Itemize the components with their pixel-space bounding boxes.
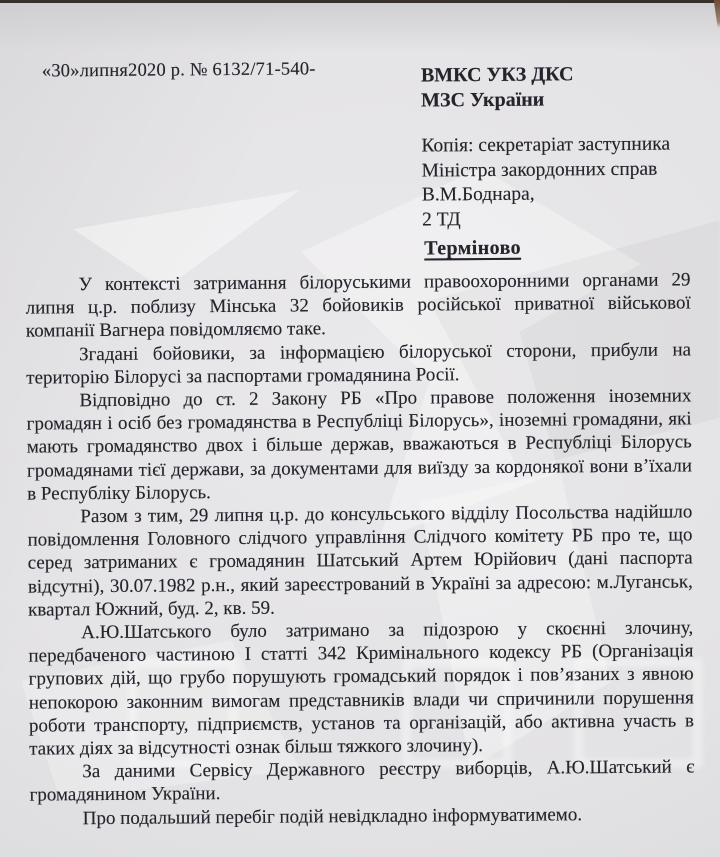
paragraph: Згадані бойовики, за інформацією білорус… (26, 338, 691, 390)
copy-recipient-block: Копія: секретаріат заступника Міністра з… (421, 133, 670, 233)
urgency-label: Терміново (424, 237, 521, 261)
document-body: У контексті затримання білоруськими прав… (25, 268, 694, 830)
copy-line-2: Міністра закордонних справ (422, 157, 671, 183)
recipient-block: ВМКС УКЗ ДКС МЗС України (421, 62, 574, 113)
paragraph: Відповідно до ст. 2 Закону РБ «Про право… (26, 384, 692, 505)
copy-line-1: Копія: секретаріат заступника (421, 133, 670, 159)
copy-line-3: В.М.Боднара, (422, 182, 671, 208)
scanned-letter-photo: «30»липня2020 р. № 6132/71-540- ВМКС УКЗ… (0, 0, 720, 857)
paragraph: Про подальший перебіг подій невідкладно … (30, 802, 695, 830)
paragraph: У контексті затримання білоруськими прав… (25, 268, 691, 343)
photo-edge-top (0, 0, 720, 3)
reference-number-line: «30»липня2020 р. № 6132/71-540- (42, 59, 316, 82)
recipient-line-2: МЗС України (421, 87, 574, 113)
copy-line-4: 2 ТД (422, 206, 671, 232)
paragraph: Разом з тим, 29 липня ц.р. до консульськ… (27, 500, 693, 621)
paragraph: За даними Сервісу Державного реєстру виб… (29, 756, 694, 808)
recipient-line-1: ВМКС УКЗ ДКС (421, 62, 574, 88)
paragraph: А.Ю.Шатського було затримано за підозрою… (28, 616, 694, 760)
